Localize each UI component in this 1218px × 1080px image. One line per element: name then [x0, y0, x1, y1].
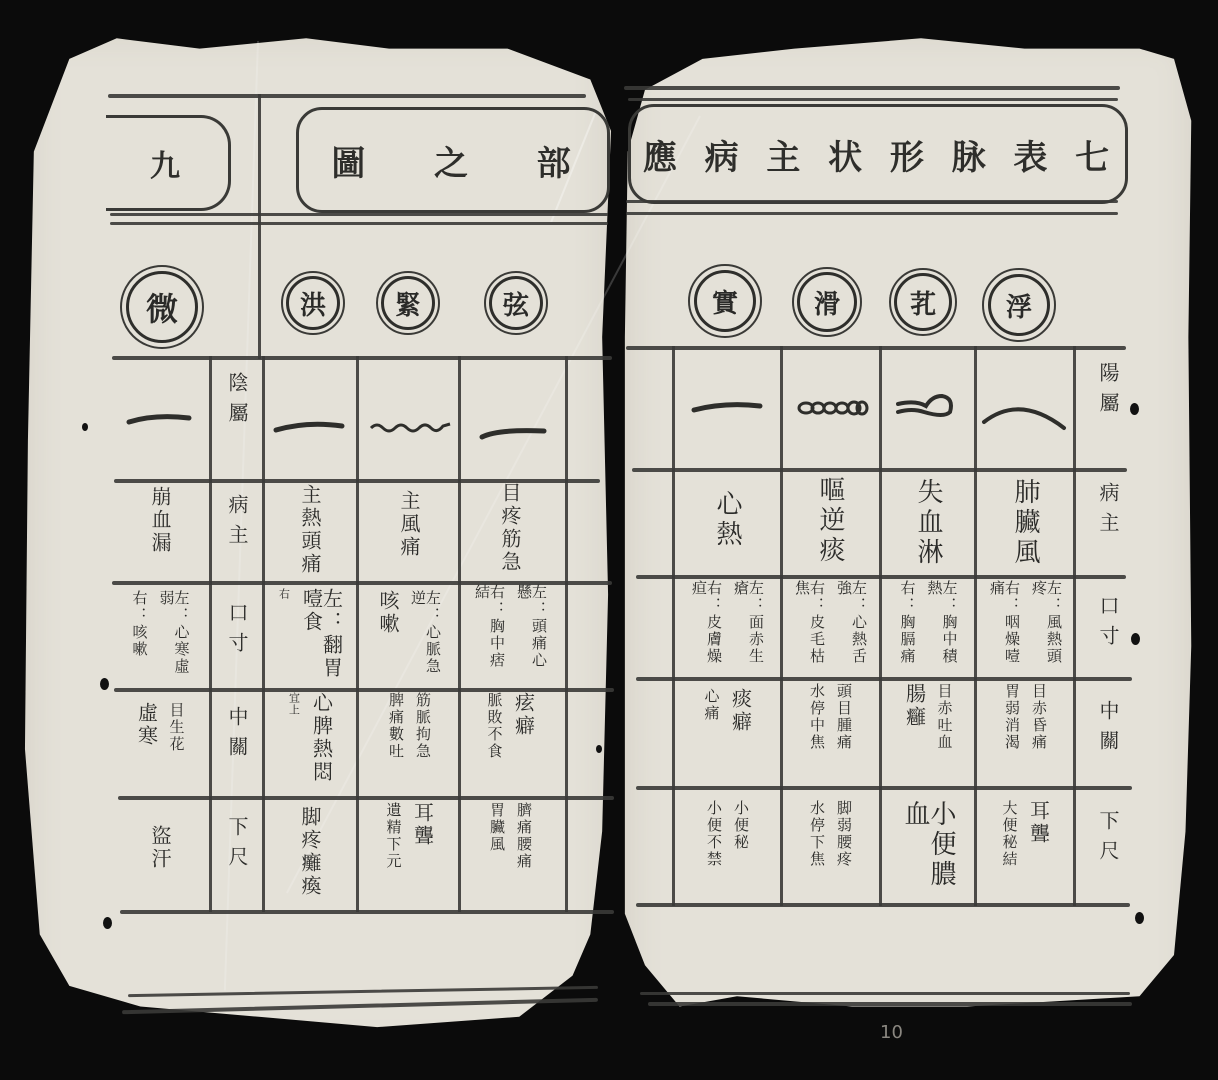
pulse-name: 洪	[286, 276, 340, 330]
table-col-rule	[672, 346, 675, 906]
table-rule	[636, 677, 1132, 681]
title-char: 病	[705, 130, 743, 179]
row-label-guan: 中關	[212, 706, 262, 786]
pulse-name: 微	[126, 271, 198, 343]
binding-hole	[1135, 912, 1144, 924]
table-rule	[626, 346, 1126, 350]
cun-wei: 左：心寒虛弱 右：咳嗽	[112, 590, 208, 685]
title-char: 部	[537, 136, 575, 185]
cun-shi: 左：面赤生瘡 右：皮膚燥疸	[676, 580, 778, 675]
guan-shi: 痰癖 心痛	[676, 688, 778, 784]
pulse-badge-shi: 實	[688, 264, 762, 338]
pulse-shape-xian-line-icon	[478, 423, 548, 443]
header-rule-bottom	[110, 213, 608, 216]
pulse-shape-shi-line-icon	[690, 398, 765, 418]
table-rule	[636, 903, 1130, 907]
chi-jin: 耳聾 遺精下元	[360, 802, 458, 906]
cun-xian: 左：頭痛心懸 右：胸中痞結	[460, 584, 560, 682]
row-label-chi: 下尺	[1078, 810, 1138, 890]
guan-xian: 痃癖 脈敗不食	[460, 692, 560, 792]
page-number-cartouche: 九	[106, 115, 231, 211]
pulse-badge-hong: 洪	[281, 271, 345, 335]
title-char: 主	[766, 130, 804, 179]
pulse-badge-jin: 緊	[376, 271, 440, 335]
binding-hole	[1130, 403, 1139, 415]
footer-page-mark: 10	[880, 1022, 903, 1043]
header-rule-top	[624, 86, 1120, 90]
pulse-badge-fu: 浮	[982, 268, 1056, 342]
chi-shi: 小便秘 小便不禁	[676, 800, 778, 900]
main-disease-shi: 心熱	[676, 490, 778, 575]
main-disease-xian: 目疼筋急	[460, 482, 560, 577]
cun-kou: 左：胸中積熱 右：胸膈痛	[882, 580, 974, 675]
chi-hong: 脚疼癱瘓	[264, 806, 356, 906]
title-char: 形	[890, 130, 928, 179]
pulse-shape-hong-line-icon	[272, 418, 347, 438]
main-disease-hua: 嘔逆痰	[782, 476, 878, 574]
main-disease-fu: 肺臟風	[977, 478, 1073, 574]
binding-hole	[1131, 633, 1140, 645]
table-rule	[118, 796, 614, 800]
row-label-header: 陽屬	[1078, 362, 1138, 462]
cun-fu: 左：風熱頭疼 右：咽燥噎痛	[977, 580, 1073, 675]
header-rule-bottom-2	[626, 212, 1118, 215]
table-col-rule	[565, 356, 568, 912]
footer-rule	[648, 1002, 1132, 1006]
pulse-name: 浮	[988, 274, 1050, 336]
cun-hua: 左：心熱舌強 右：皮毛枯焦	[782, 580, 878, 675]
guan-hua: 頭目腫痛 水停中焦	[782, 683, 878, 783]
pulse-badge-xian: 弦	[484, 271, 548, 335]
pulse-name: 弦	[489, 276, 543, 330]
pulse-name: 緊	[381, 276, 435, 330]
title-cartouche-right: 應 病 主 状 形 脉 表 七	[628, 104, 1128, 204]
pulse-shape-hua-beads-icon	[796, 398, 871, 418]
row-label-chi: 下尺	[212, 816, 262, 896]
pulse-name: 芤	[894, 273, 952, 331]
pulse-name: 滑	[797, 272, 857, 332]
header-divider	[258, 94, 261, 359]
row-label-main: 病主	[212, 494, 262, 584]
row-label-cun: 口寸	[1078, 595, 1138, 675]
title-cartouche-left: 圖 之 部	[296, 107, 610, 213]
table-rule	[112, 356, 612, 360]
chi-wei: 盜汗	[112, 825, 208, 905]
title-char: 七	[1075, 130, 1113, 179]
pulse-shape-jin-wave-icon	[368, 418, 453, 436]
row-label-main: 病主	[1078, 482, 1138, 572]
guan-wei: 目生花 虛寒	[112, 702, 208, 794]
header-rule-top-2	[628, 98, 1118, 101]
cun-jin: 左：心脈急逆 咳嗽	[360, 590, 458, 682]
pulse-badge-wei: 微	[120, 265, 204, 349]
title-char: 表	[1013, 130, 1051, 179]
main-disease-kou: 失血淋	[882, 478, 974, 574]
pulse-badge-kou: 芤	[889, 268, 957, 336]
main-disease-jin: 主風痛	[360, 490, 458, 580]
row-label-header: 陰屬	[212, 372, 262, 472]
table-rule	[636, 786, 1132, 790]
pulse-shape-kou-loop-icon	[896, 392, 956, 422]
guan-hong: 心脾熱悶 宜上	[264, 692, 356, 792]
title-char: 應	[643, 130, 681, 179]
chi-fu: 耳聾 大便秘結	[977, 800, 1073, 900]
row-label-cun: 口寸	[212, 602, 262, 682]
guan-fu: 目赤昏痛 胃弱消渴	[977, 683, 1073, 783]
table-col-rule	[356, 356, 359, 912]
pulse-badge-hua: 滑	[792, 267, 862, 337]
table-rule	[120, 910, 614, 914]
binding-hole	[100, 678, 109, 690]
guan-jin: 筋脈拘急 脾痛數吐	[360, 692, 458, 792]
cun-hong: 左：翻胃噎食 右	[264, 588, 356, 683]
header-rule-bottom-2	[110, 222, 608, 225]
pulse-shape-wei-line-icon	[125, 410, 195, 430]
header-rule-top	[108, 94, 586, 98]
binding-hole	[82, 423, 88, 431]
binding-hole	[103, 917, 112, 929]
pulse-shape-fu-arc-icon	[980, 398, 1070, 434]
table-col-rule	[1073, 346, 1076, 906]
title-char: 圖	[331, 136, 369, 185]
chi-hua: 脚弱腰疼 水停下焦	[782, 800, 878, 900]
title-char: 状	[828, 130, 866, 179]
chi-xian: 臍痛腰痛 胃臟風	[460, 802, 560, 906]
main-disease-hong: 主熱頭痛	[264, 484, 356, 579]
pulse-name: 實	[694, 270, 756, 332]
title-char: 之	[434, 136, 472, 185]
page-number: 九	[150, 141, 184, 185]
footer-rule	[640, 992, 1130, 995]
title-char: 脉	[952, 130, 990, 179]
guan-kou: 目赤吐血 腸癰	[882, 683, 974, 783]
row-label-guan: 中關	[1078, 700, 1138, 780]
binding-hole	[596, 745, 602, 753]
main-disease-wei: 崩血漏	[112, 486, 208, 581]
chi-kou: 小便膿血	[882, 800, 974, 900]
